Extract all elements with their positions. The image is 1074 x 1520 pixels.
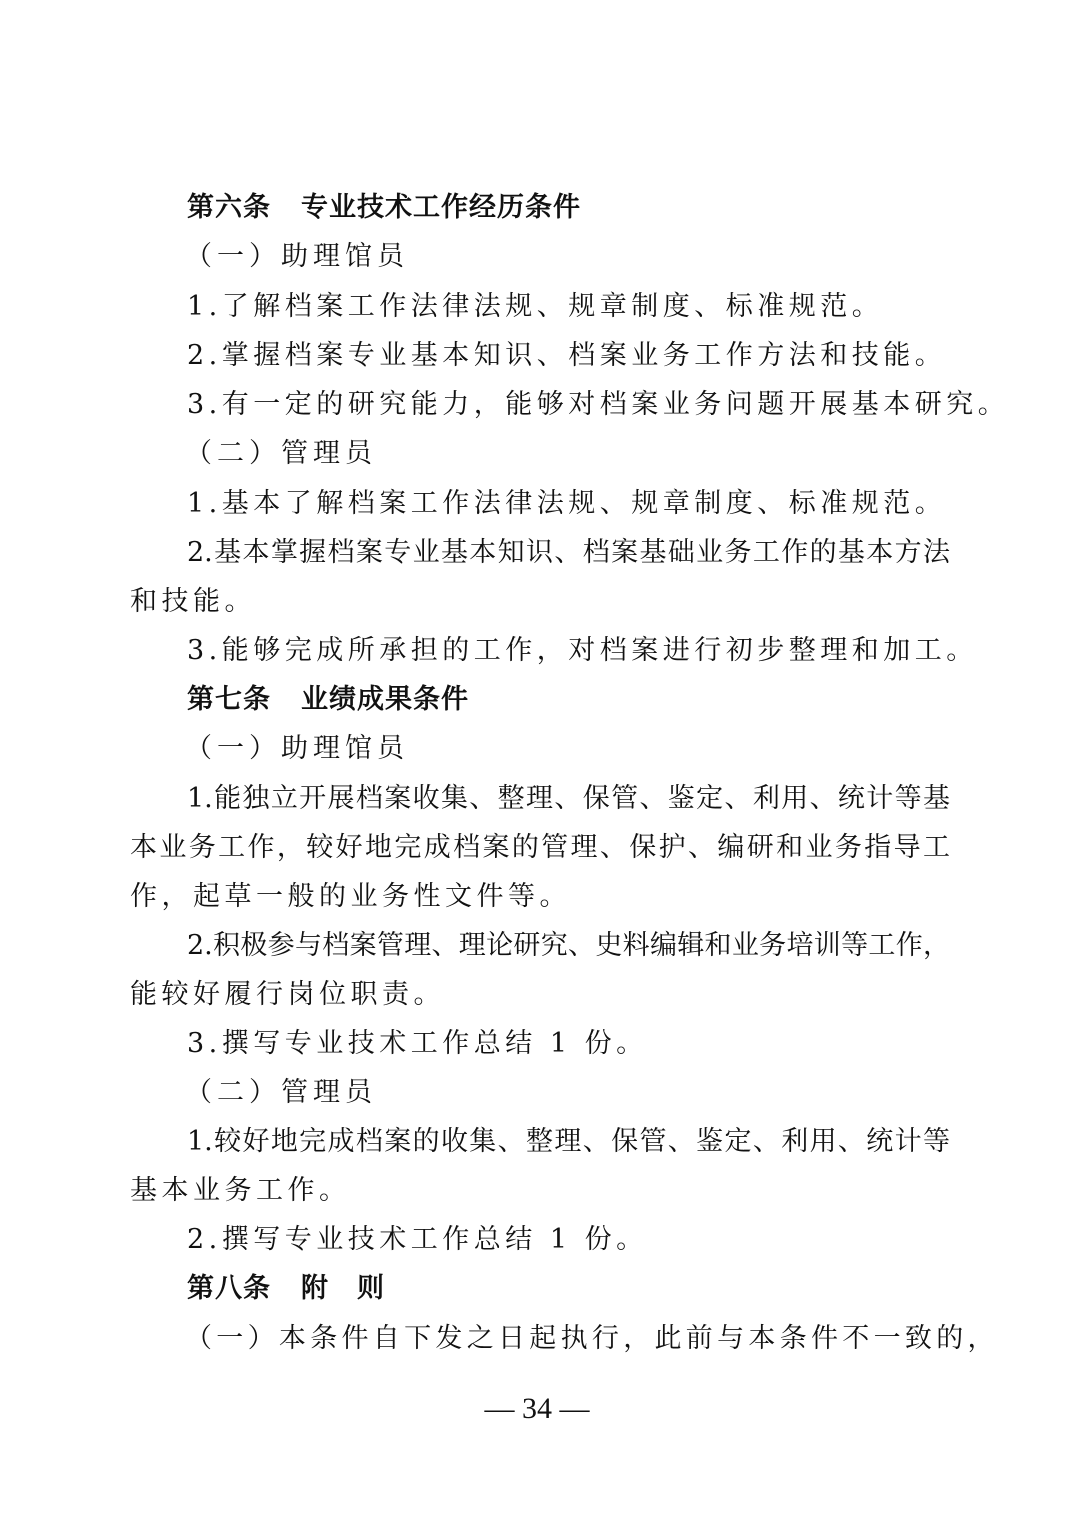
document-page: 第六条专业技术工作经历条件 （一）助理馆员 1.了解档案工作法律法规、规章制度、… xyxy=(0,0,1074,1520)
article-7-sub1-item-2-cont: 能较好履行岗位职责。 xyxy=(130,971,950,1019)
article-6-heading: 第六条专业技术工作经历条件 xyxy=(187,184,1007,232)
article-6-sub1-label: （一）助理馆员 xyxy=(185,233,1005,281)
article-7-title: 业绩成果条件 xyxy=(301,684,469,715)
page-number: — 34 — xyxy=(0,1385,1074,1433)
article-7-sub1-item-2: 2.积极参与档案管理、理论研究、史料编辑和业务培训等工作， xyxy=(187,922,950,970)
article-6-sub2-item-2-cont: 和技能。 xyxy=(130,578,950,626)
article-7-sub2-item-2: 2.撰写专业技术工作总结 1 份。 xyxy=(187,1216,950,1264)
article-7-sub2-item-1: 1.较好地完成档案的收集、整理、保管、鉴定、利用、统计等 xyxy=(187,1118,950,1166)
article-8-number: 第八条 xyxy=(187,1273,271,1304)
article-6-sub2-item-1: 1.基本了解档案工作法律法规、规章制度、标准规范。 xyxy=(187,480,950,528)
article-7-sub1-label: （一）助理馆员 xyxy=(185,725,1005,773)
article-6-sub2-item-3: 3.能够完成所承担的工作，对档案进行初步整理和加工。 xyxy=(187,627,950,675)
article-7-number: 第七条 xyxy=(187,684,271,715)
article-6-sub1-item-2: 2.掌握档案专业基本知识、档案业务工作方法和技能。 xyxy=(187,332,950,380)
article-7-sub1-item-1: 1.能独立开展档案收集、整理、保管、鉴定、利用、统计等基 xyxy=(187,775,950,823)
article-6-sub2-label: （二）管理员 xyxy=(185,430,1005,478)
article-6-sub1-item-3: 3.有一定的研究能力，能够对档案业务问题开展基本研究。 xyxy=(187,381,950,429)
article-6-number: 第六条 xyxy=(187,192,271,223)
article-7-sub1-item-1-cont-2: 作，起草一般的业务性文件等。 xyxy=(130,873,950,921)
article-7-sub2-item-1-cont: 基本业务工作。 xyxy=(130,1167,950,1215)
article-7-heading: 第七条业绩成果条件 xyxy=(187,676,1007,724)
article-7-sub1-item-1-cont-1: 本业务工作，较好地完成档案的管理、保护、编研和业务指导工 xyxy=(130,824,950,872)
article-6-sub1-item-1: 1.了解档案工作法律法规、规章制度、标准规范。 xyxy=(187,283,950,331)
article-6-title: 专业技术工作经历条件 xyxy=(301,192,581,223)
article-7-sub1-item-3: 3.撰写专业技术工作总结 1 份。 xyxy=(187,1020,950,1068)
article-8-heading: 第八条附 则 xyxy=(187,1265,1007,1313)
article-8-title: 附 则 xyxy=(301,1273,385,1304)
article-8-sub1-label: （一）本条件自下发之日起执行，此前与本条件不一致的， xyxy=(185,1315,1005,1363)
article-7-sub2-label: （二）管理员 xyxy=(185,1069,1005,1117)
article-6-sub2-item-2: 2.基本掌握档案专业基本知识、档案基础业务工作的基本方法 xyxy=(187,529,950,577)
